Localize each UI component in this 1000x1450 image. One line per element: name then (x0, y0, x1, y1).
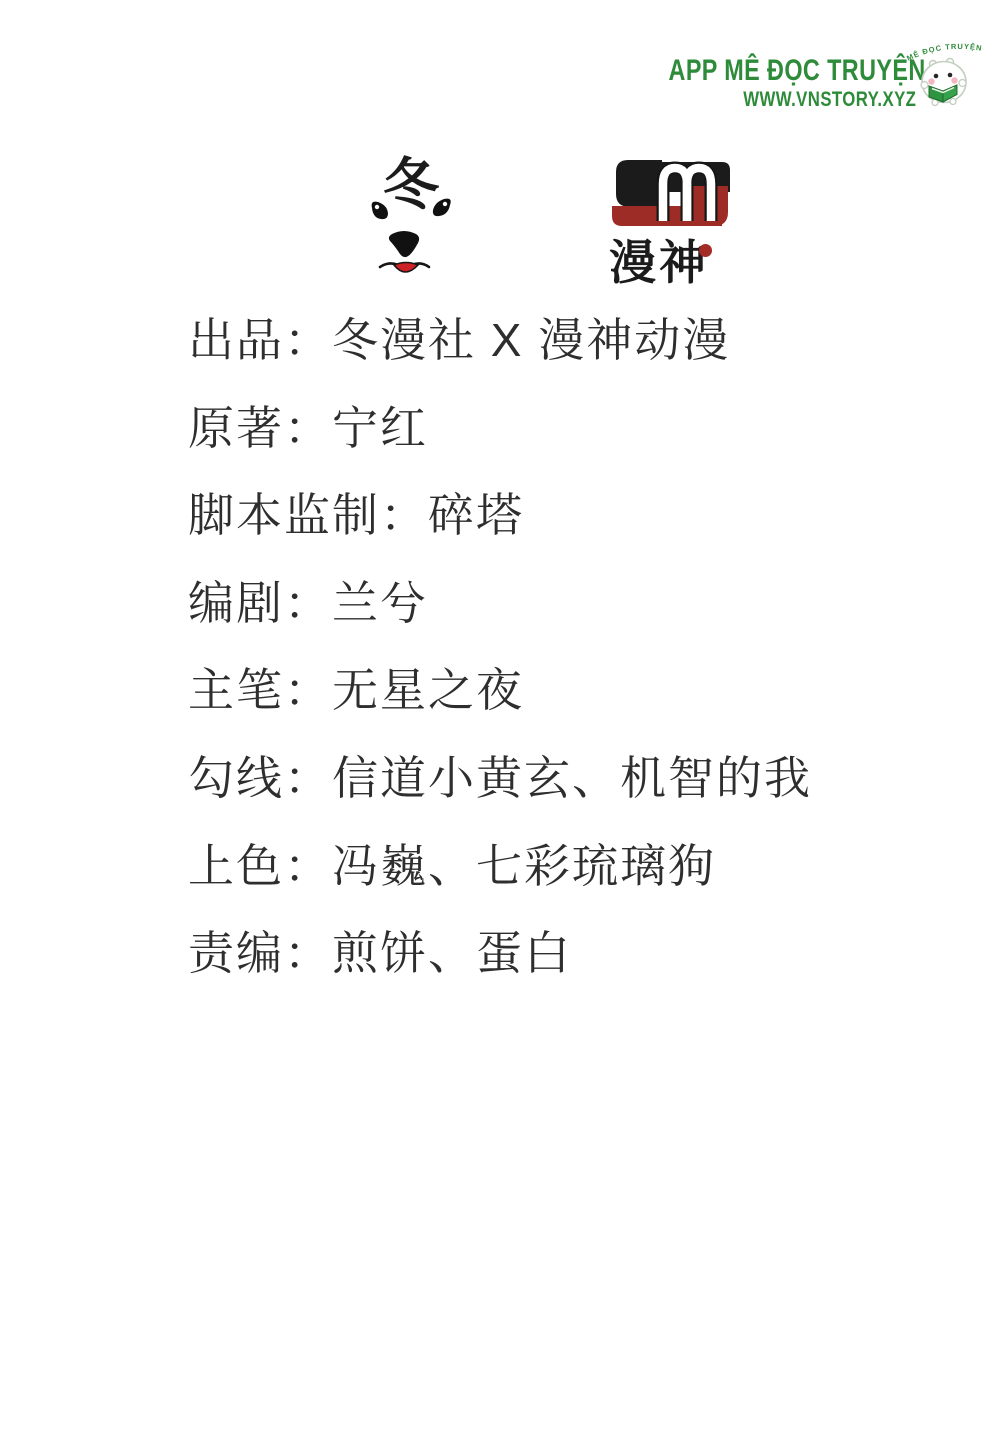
credit-label: 责编： (188, 927, 332, 979)
dong-character: 冬 (383, 153, 439, 216)
credit-label: 原著： (188, 402, 332, 454)
credit-line: 出品：冬漫社 X 漫神动漫 (188, 316, 730, 364)
credit-value: 宁红 (332, 402, 428, 454)
manshen-logo: 漫神 (605, 152, 735, 284)
credit-line: 勾线：信道小黄玄、机智的我 (188, 754, 812, 802)
watermark-app-text: APP MÊ ĐỌC TRUYỆN (669, 54, 926, 88)
credit-label: 出品： (188, 314, 332, 366)
manshen-red-dot-icon (699, 244, 712, 257)
mascot-reading-icon: MÊ ĐỌC TRUYỆN (893, 36, 998, 114)
credit-label: 上色： (188, 840, 332, 892)
dog-tongue-icon (394, 263, 418, 273)
dog-nose-icon (389, 231, 419, 257)
manshen-logo-text: 漫神 (609, 226, 709, 293)
svg-text:MÊ ĐỌC TRUYỆN: MÊ ĐỌC TRUYỆN (905, 42, 983, 63)
credit-line: 上色：冯巍、七彩琉璃狗 (188, 842, 716, 890)
credit-label: 编剧： (188, 577, 332, 629)
manshen-mark-icon (605, 152, 735, 230)
credit-value: 信道小黄玄、机智的我 (332, 752, 812, 804)
credit-line: 责编：煎饼、蛋白 (188, 929, 572, 977)
credit-line: 主笔：无星之夜 (188, 666, 524, 714)
credit-value: 碎塔 (428, 489, 524, 541)
watermark-url-text: WWW.VNSTORY.XYZ (743, 88, 916, 112)
credit-label: 脚本监制： (188, 489, 428, 541)
credit-value: 冯巍、七彩琉璃狗 (332, 840, 716, 892)
credit-value: 冬漫社 X 漫神动漫 (332, 314, 730, 366)
credit-value: 兰兮 (332, 577, 428, 629)
credit-line: 原著：宁红 (188, 404, 428, 452)
dongmanshe-dog-logo: 冬 (352, 147, 472, 292)
mascot-arc-text: MÊ ĐỌC TRUYỆN (905, 42, 983, 63)
comic-credits-page: APP MÊ ĐỌC TRUYỆN WWW.VNSTORY.XYZ MÊ ĐỌC… (0, 0, 1000, 1450)
credit-label: 勾线： (188, 752, 332, 804)
credit-line: 编剧：兰兮 (188, 579, 428, 627)
credit-value: 煎饼、蛋白 (332, 927, 572, 979)
credit-label: 主笔： (188, 664, 332, 716)
credit-line: 脚本监制：碎塔 (188, 491, 524, 539)
credit-value: 无星之夜 (332, 664, 524, 716)
